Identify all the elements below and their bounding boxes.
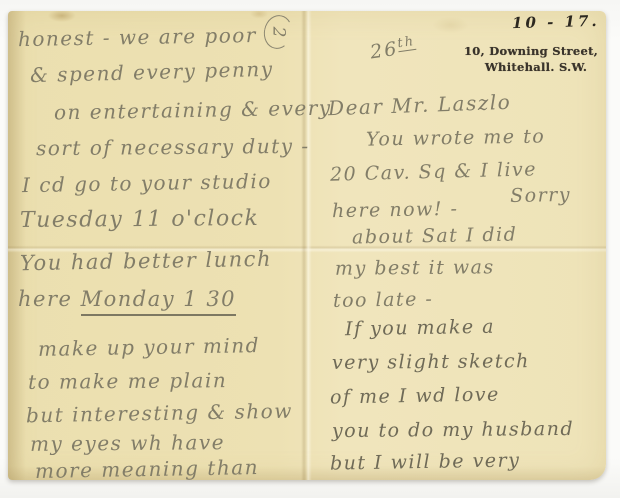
handwritten-line: you to do my husband: [332, 418, 574, 442]
handwritten-line: You wrote me to: [366, 125, 546, 150]
handwritten-line: more meaning than: [35, 455, 259, 483]
handwritten-line: You had better lunch: [20, 247, 272, 275]
handwritten-line: here now! -Sorry: [332, 196, 572, 222]
line-right-part: Sorry: [510, 184, 571, 207]
page-number: 2: [268, 27, 288, 38]
page-number-circle: 2: [261, 12, 295, 51]
lunch-line-prefix: here: [18, 287, 81, 311]
page-right: 10 - 17. 26th 10, Downing Street, Whiteh…: [308, 11, 606, 480]
handwritten-line: to make me plain: [28, 368, 227, 394]
handwritten-line: If you make a: [345, 316, 495, 341]
letterhead-street: 10, Downing Street,: [460, 43, 602, 59]
letter-date: 26th: [369, 34, 418, 63]
handwritten-line: 20 Cav. Sq & I live: [330, 158, 538, 185]
salutation: Dear Mr. Laszlo: [328, 90, 512, 120]
handwritten-line: but I will be very: [330, 449, 521, 474]
handwritten-line: too late -: [333, 288, 434, 312]
handwritten-line: my eyes wh have: [30, 430, 225, 456]
handwritten-line: honest - we are poor: [18, 23, 257, 51]
letterhead-district: Whitehall. S.W.: [460, 59, 602, 75]
handwritten-line: very slight sketch: [332, 350, 530, 374]
letter-paper: 2 honest - we are poor & spend every pen…: [8, 11, 606, 480]
page-left: 2 honest - we are poor & spend every pen…: [8, 11, 308, 480]
handwritten-line: & spend every penny: [30, 57, 274, 87]
catalog-number: 10 - 17.: [512, 12, 600, 32]
handwritten-line: but interesting & show: [26, 399, 293, 428]
handwritten-line: of me I wd love: [330, 384, 500, 409]
letterhead: 10, Downing Street, Whitehall. S.W.: [460, 43, 602, 75]
handwritten-line: Tuesday 11 o'clock: [20, 206, 260, 233]
handwritten-line: on entertaining & every: [54, 96, 332, 125]
line-left-part: here now! -: [332, 198, 459, 222]
lunch-time-underlined: Monday 1 30: [81, 287, 236, 316]
date-suffix: th: [397, 34, 417, 52]
handwritten-line: here Monday 1 30: [18, 287, 236, 311]
handwritten-line: about Sat I did: [352, 224, 518, 249]
handwritten-line: make up your mind: [38, 333, 260, 361]
handwritten-line: I cd go to your studio: [22, 169, 272, 197]
scan-background: 2 honest - we are poor & spend every pen…: [0, 0, 620, 498]
date-day: 26: [369, 38, 400, 64]
handwritten-line: sort of necessary duty -: [36, 134, 310, 160]
handwritten-line: my best it was: [335, 256, 495, 279]
